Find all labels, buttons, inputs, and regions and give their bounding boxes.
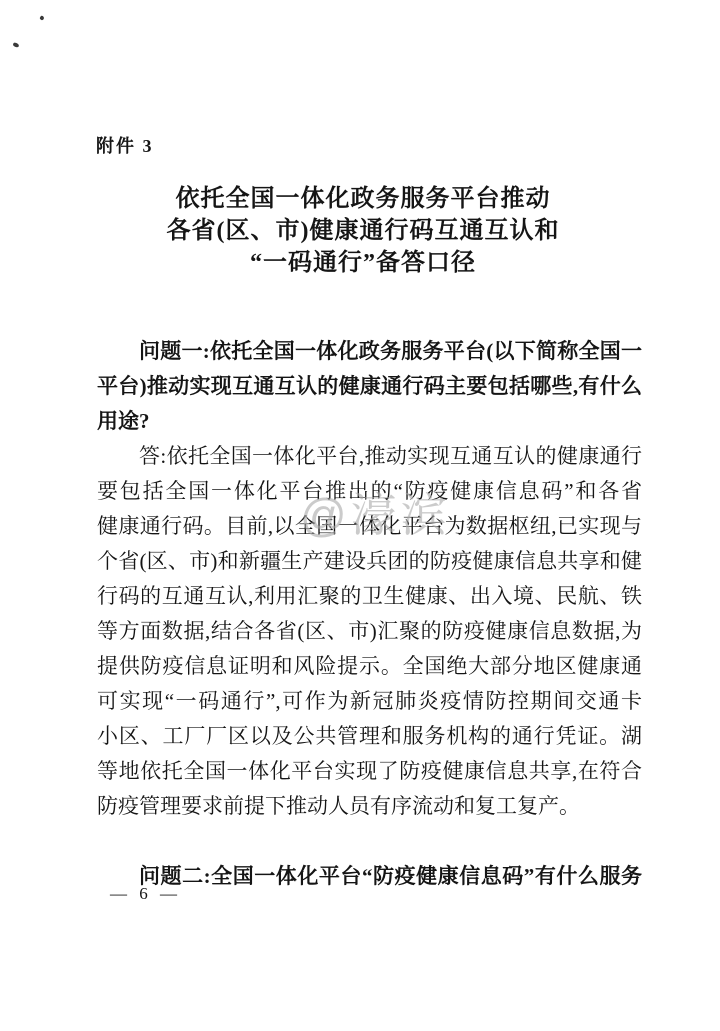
title-line: 依托全国一体化政务服务平台推动 [85, 183, 641, 215]
document-body: 问题一:依托全国一体化政务服务平台(以下简称全国一体化 平台)推动实现互通互认的… [97, 334, 642, 894]
watermark: @濠滨 [300, 487, 451, 543]
text-line: 用途? [97, 404, 642, 439]
text-line: 行码的互通互认,利用汇聚的卫生健康、出入境、民航、铁路、电信 [97, 579, 642, 614]
text-line: 等方面数据,结合各省(区、市)汇聚的防疫健康信息数据,为个人 [97, 614, 642, 649]
text-line: 答:依托全国一体化平台,推动实现互通互认的健康通行码主 [97, 439, 642, 474]
title-line: 各省(区、市)健康通行码互通互认和 [85, 215, 641, 247]
attachment-label: 附件 3 [96, 132, 154, 158]
text-line: 防疫管理要求前提下推动人员有序流动和复工复产。 [97, 789, 642, 824]
text-line: 提供防疫信息证明和风险提示。全国绝大部分地区健康通行码已 [97, 649, 642, 684]
page-number: — 6 — [110, 884, 181, 904]
text-line: 个省(区、市)和新疆生产建设兵团的防疫健康信息共享和健康通 [97, 544, 642, 579]
scan-speck [39, 15, 45, 21]
scan-speck [12, 42, 19, 48]
text-line: 平台)推动实现互通互认的健康通行码主要包括哪些,有什么 [97, 369, 642, 404]
text-line: 问题一:依托全国一体化政务服务平台(以下简称全国一体化 [97, 334, 642, 369]
title-line: “一码通行”备答口径 [85, 247, 641, 279]
text-line: 等地依托全国一体化平台实现了防疫健康信息共享,在符合本地 [97, 754, 642, 789]
text-line: 可实现“一码通行”,可作为新冠肺炎疫情防控期间交通卡口、居住 [97, 684, 642, 719]
text-line: 小区、工厂厂区以及公共管理和服务机构的通行凭证。湖北、北京 [97, 719, 642, 754]
document-page: 附件 3 依托全国一体化政务服务平台推动 各省(区、市)健康通行码互通互认和 “… [0, 0, 720, 1031]
blank-line [97, 824, 642, 859]
document-title: 依托全国一体化政务服务平台推动 各省(区、市)健康通行码互通互认和 “一码通行”… [85, 183, 641, 279]
